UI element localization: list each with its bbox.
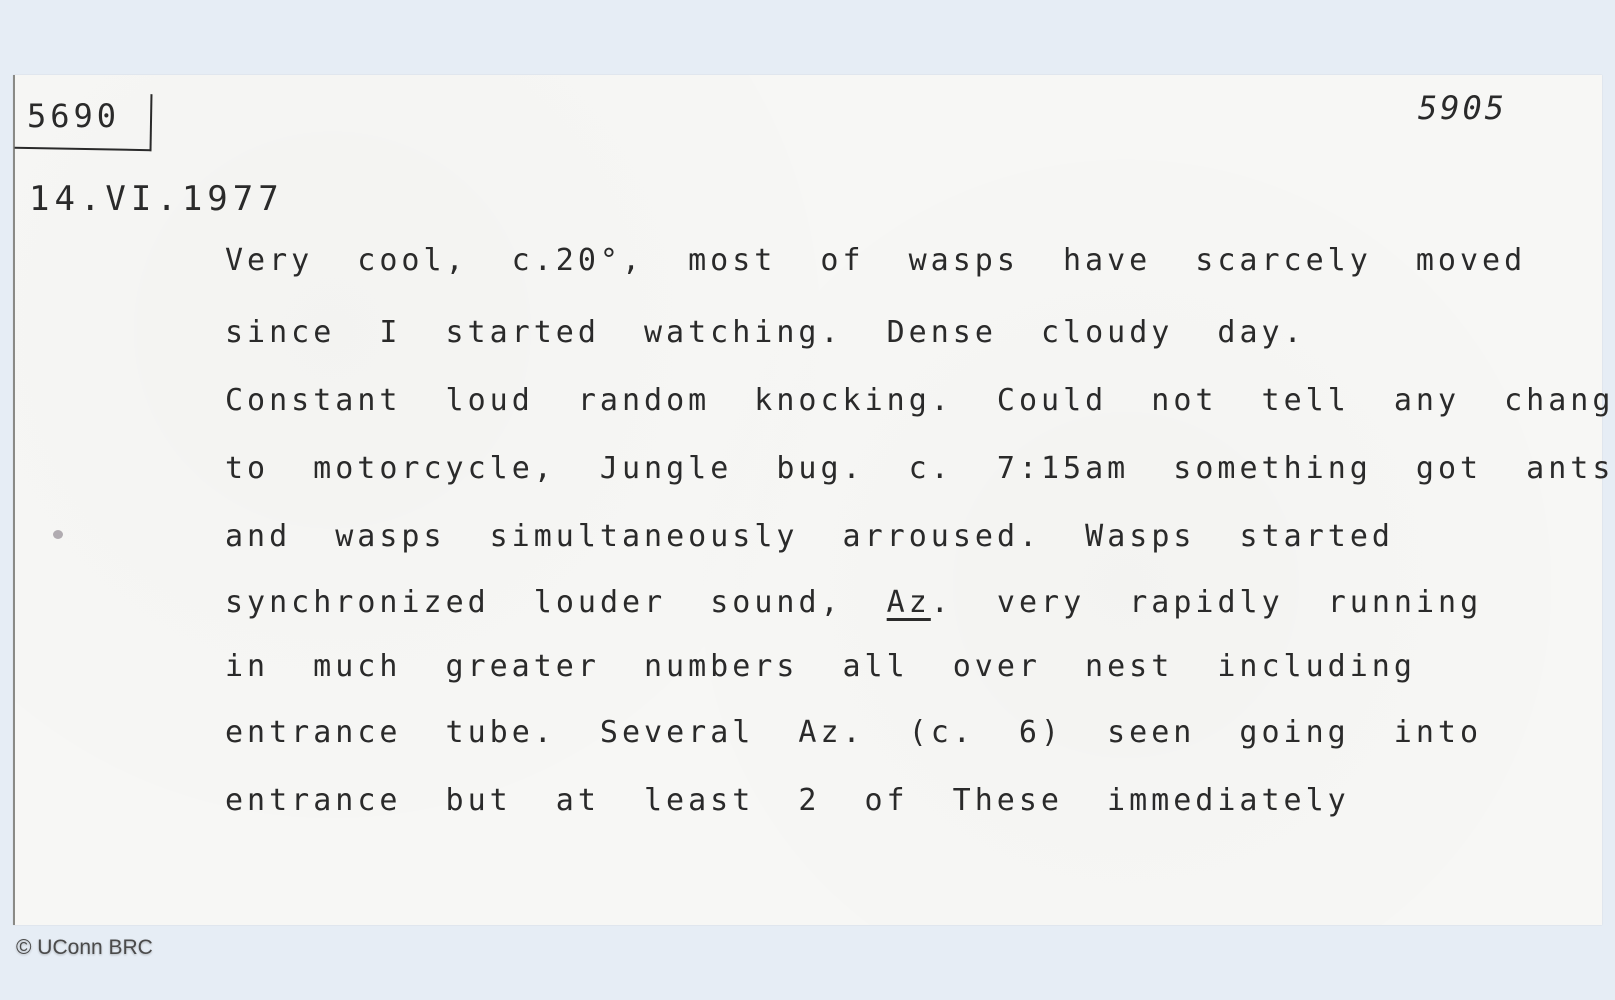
note-line-4: to motorcycle, Jungle bug. c. 7:15am som… [225,451,1614,486]
catalog-number-left: 5690 [27,97,120,135]
species-abbrev-underlined: Az [887,585,931,620]
note-line-2: since I started watching. Dense cloudy d… [225,315,1306,350]
note-date: 14.VI.1977 [29,179,284,219]
note-line-5: and wasps simultaneously arroused. Wasps… [225,519,1394,554]
note-line-9: entrance but at least 2 of These immedia… [225,783,1350,818]
handwritten-note-card: 5690 5905 14.VI.1977 Very cool, c.20°, m… [13,75,1602,925]
note-line-7: in much greater numbers all over nest in… [225,649,1416,684]
note-line-8: entrance tube. Several Az. (c. 6) seen g… [225,715,1482,750]
note-line-6-rest: . very rapidly running [931,585,1482,620]
note-line-1: Very cool, c.20°, most of wasps have sca… [225,243,1526,278]
copyright-notice: © UConn BRC [16,936,153,960]
note-line-6-text: synchronized louder sound, [225,585,843,620]
note-line-3: Constant loud random knocking. Could not… [225,383,1615,418]
note-line-6: synchronized louder sound, Az. very rapi… [225,585,1482,620]
paper-stain [53,530,63,539]
catalog-number-right: 5905 [1418,89,1507,127]
